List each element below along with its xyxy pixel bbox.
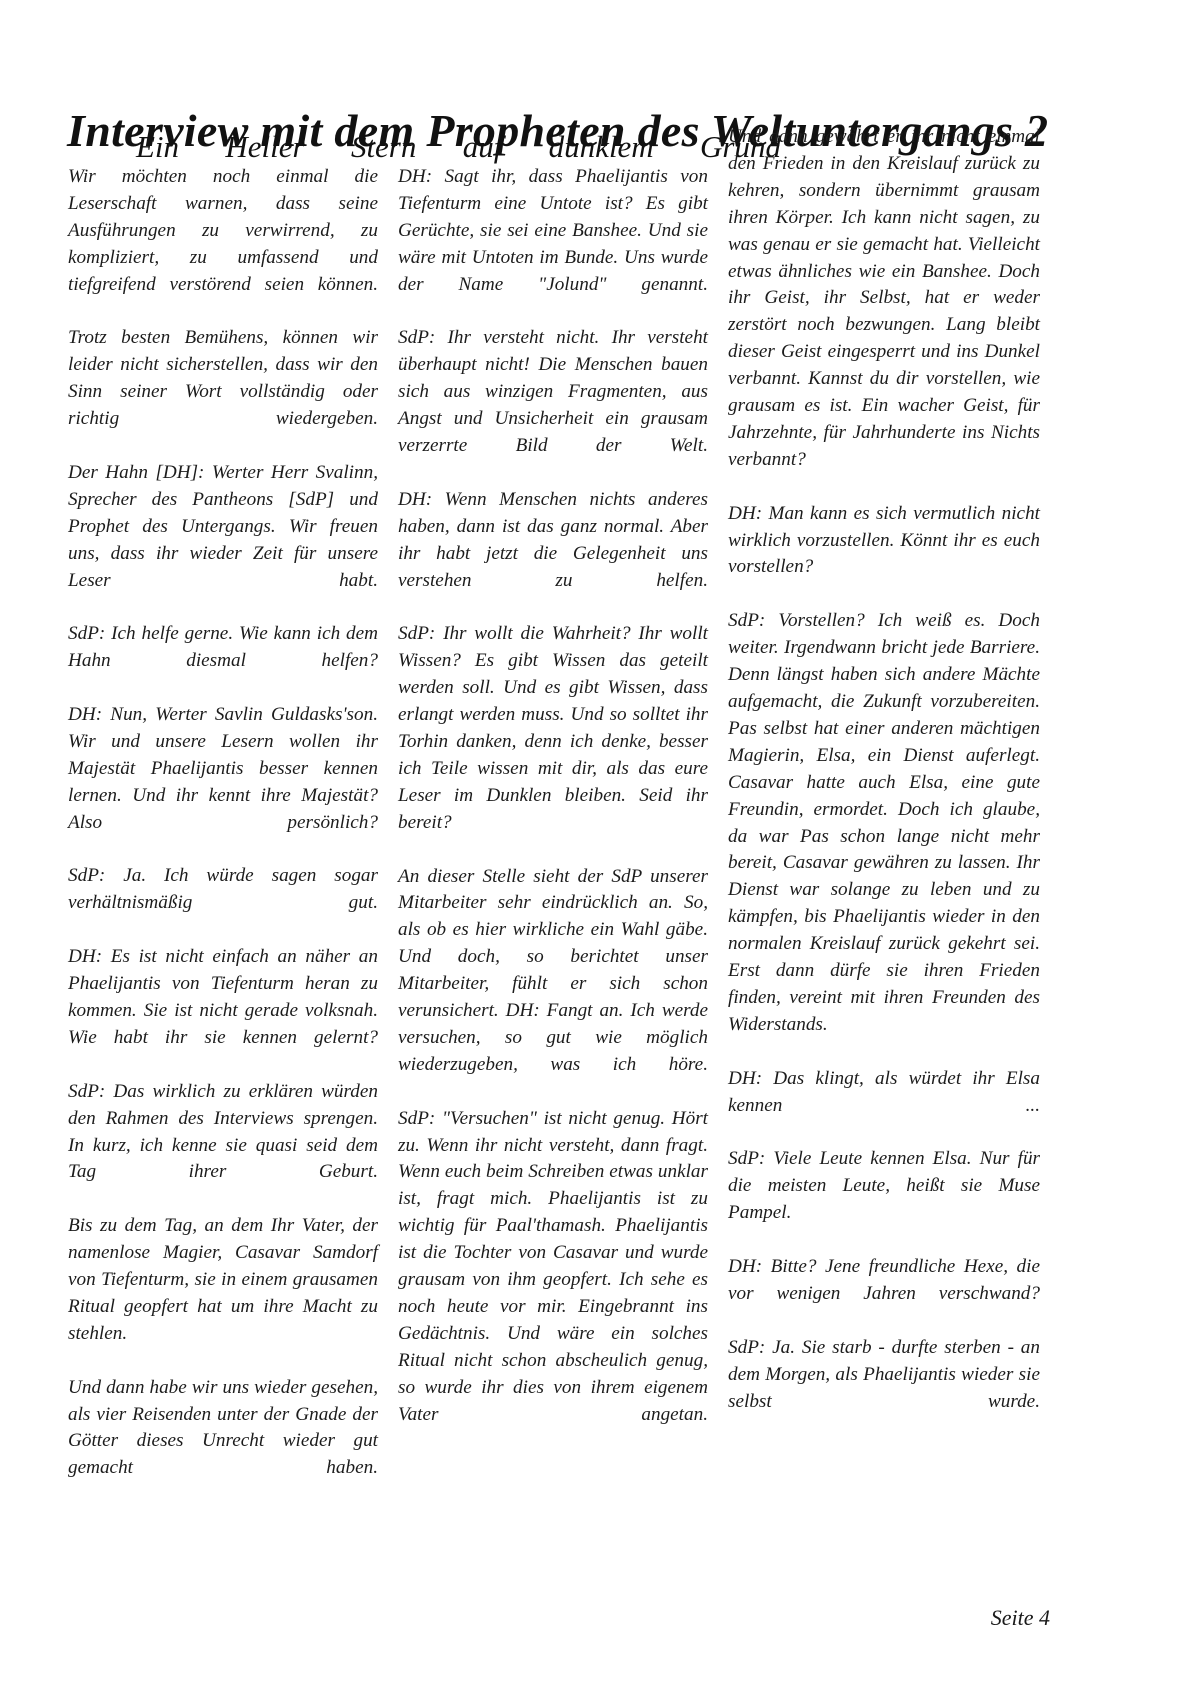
article-body: Ein Heller Stern auf dunklem Grund Wir m… [68, 130, 1058, 1600]
paragraph: Der Hahn [DH]: Werter Herr Svalinn, Spre… [68, 460, 378, 595]
paragraph: DH: Man kann es sich vermutlich nicht wi… [728, 501, 1040, 582]
paragraph: SdP: Ja. Sie starb - durfte sterben - an… [728, 1335, 1040, 1416]
article-subtitle: Ein Heller Stern auf dunklem Grund [136, 130, 781, 164]
paragraph: SdP: Vorstellen? Ich weiß es. Doch weite… [728, 608, 1040, 1039]
paragraph: DH: Sagt ihr, dass Phaelijantis von Tief… [398, 164, 708, 299]
paragraph: DH: Das klingt, als würdet ihr Elsa kenn… [728, 1066, 1040, 1120]
paragraph: SdP: "Versuchen" ist nicht genug. Hört z… [398, 1106, 708, 1429]
paragraph: DH: Bitte? Jene freundliche Hexe, die vo… [728, 1254, 1040, 1308]
paragraph: Bis zu dem Tag, an dem Ihr Vater, der na… [68, 1213, 378, 1348]
column-2: DH: Sagt ihr, dass Phaelijantis von Tief… [398, 164, 708, 1455]
paragraph: DH: Wenn Menschen nichts anderes haben, … [398, 487, 708, 595]
column-1: Wir möchten noch einmal die Leserschaft … [68, 164, 378, 1509]
column-3: Und dann gewährt er ihr nicht einmal den… [728, 124, 1040, 1442]
paragraph: SdP: Ihr versteht nicht. Ihr versteht üb… [398, 325, 708, 460]
paragraph: SdP: Ja. Ich würde sagen sogar verhältni… [68, 863, 378, 917]
paragraph: An dieser Stelle sieht der SdP unserer M… [398, 864, 708, 1079]
paragraph: Und dann gewährt er ihr nicht einmal den… [728, 124, 1040, 474]
paragraph: DH: Es ist nicht einfach an näher an Pha… [68, 944, 378, 1052]
paragraph: SdP: Ich helfe gerne. Wie kann ich dem H… [68, 621, 378, 675]
paragraph: Und dann habe wir uns wieder gesehen, al… [68, 1375, 378, 1483]
paragraph: SdP: Das wirklich zu erklären würden den… [68, 1079, 378, 1187]
page-number: Seite 4 [991, 1605, 1050, 1631]
paragraph: Trotz besten Bemühens, können wir leider… [68, 325, 378, 433]
paragraph: SdP: Ihr wollt die Wahrheit? Ihr wollt W… [398, 621, 708, 836]
paragraph: Wir möchten noch einmal die Leserschaft … [68, 164, 378, 299]
paragraph: SdP: Viele Leute kennen Elsa. Nur für di… [728, 1146, 1040, 1227]
paragraph: DH: Nun, Werter Savlin Guldasks'son. Wir… [68, 702, 378, 837]
